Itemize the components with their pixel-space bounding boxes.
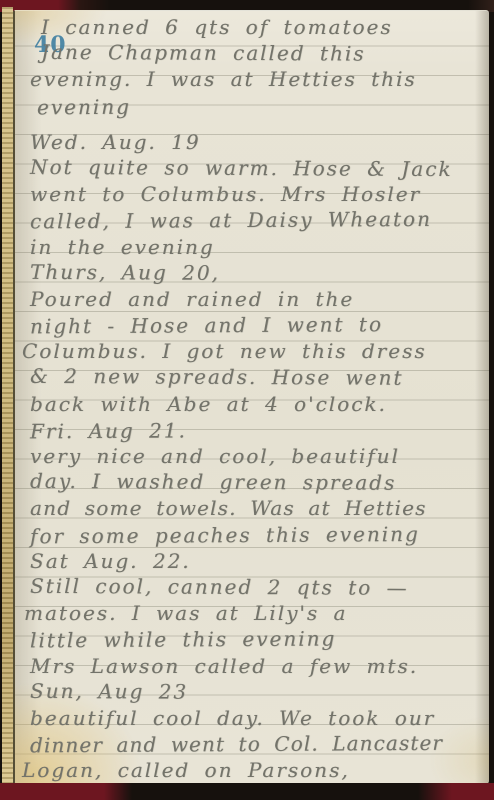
diary-line: Mrs Lawson called a few mts. — [15, 653, 489, 679]
diary-line-date: Thurs, Aug 20, — [15, 258, 489, 287]
diary-line: day. I washed green spreads — [15, 468, 489, 497]
diary-line-date: Wed. Aug. 19 — [15, 129, 489, 155]
diary-book-scan: 40 I canned 6 qts of tomatoes Jane Chapm… — [0, 0, 494, 800]
diary-line: back with Abe at 4 o'clock. — [15, 391, 489, 417]
diary-line: evening — [15, 91, 489, 120]
diary-line: Jane Chapman called this — [15, 39, 489, 68]
diary-line: Logan, called on Parsons, — [15, 757, 489, 783]
diary-line: night - Hose and I went to — [15, 311, 489, 340]
handwritten-text-block: I canned 6 qts of tomatoes Jane Chapman … — [15, 11, 489, 784]
diary-line: Still cool, canned 2 qts to — — [15, 573, 489, 602]
diary-line: evening. I was at Hetties this — [15, 66, 489, 92]
diary-line: & 2 new spreads. Hose went — [15, 363, 489, 392]
diary-page: 40 I canned 6 qts of tomatoes Jane Chapm… — [13, 10, 489, 784]
diary-line: little while this evening — [15, 625, 489, 654]
diary-line: in the evening — [15, 234, 489, 260]
diary-line-date: Fri. Aug 21. — [15, 415, 489, 444]
diary-line: Columbus. I got new this dress — [15, 338, 489, 364]
diary-line: Poured and rained in the — [15, 286, 489, 312]
diary-line: matoes. I was at Lily's a — [15, 600, 489, 626]
diary-line: Not quite so warm. Hose & Jack — [15, 154, 489, 183]
page-stack-binding-edge — [2, 7, 13, 788]
diary-line: and some towels. Was at Hetties — [15, 495, 489, 521]
diary-line: very nice and cool, beautiful — [15, 443, 489, 469]
diary-line: for some peaches this evening — [15, 520, 489, 549]
diary-line: dinner and went to Col. Lancaster — [15, 730, 489, 759]
diary-line: called, I was at Daisy Wheaton — [15, 206, 489, 235]
diary-line: beautiful cool day. We took our — [15, 705, 489, 731]
diary-line-date: Sun, Aug 23 — [15, 677, 489, 706]
diary-line: I canned 6 qts of tomatoes — [15, 14, 489, 40]
book-cover-bottom-edge — [0, 783, 494, 800]
diary-line-date: Sat Aug. 22. — [15, 548, 489, 574]
diary-line: went to Columbus. Mrs Hosler — [15, 181, 489, 207]
